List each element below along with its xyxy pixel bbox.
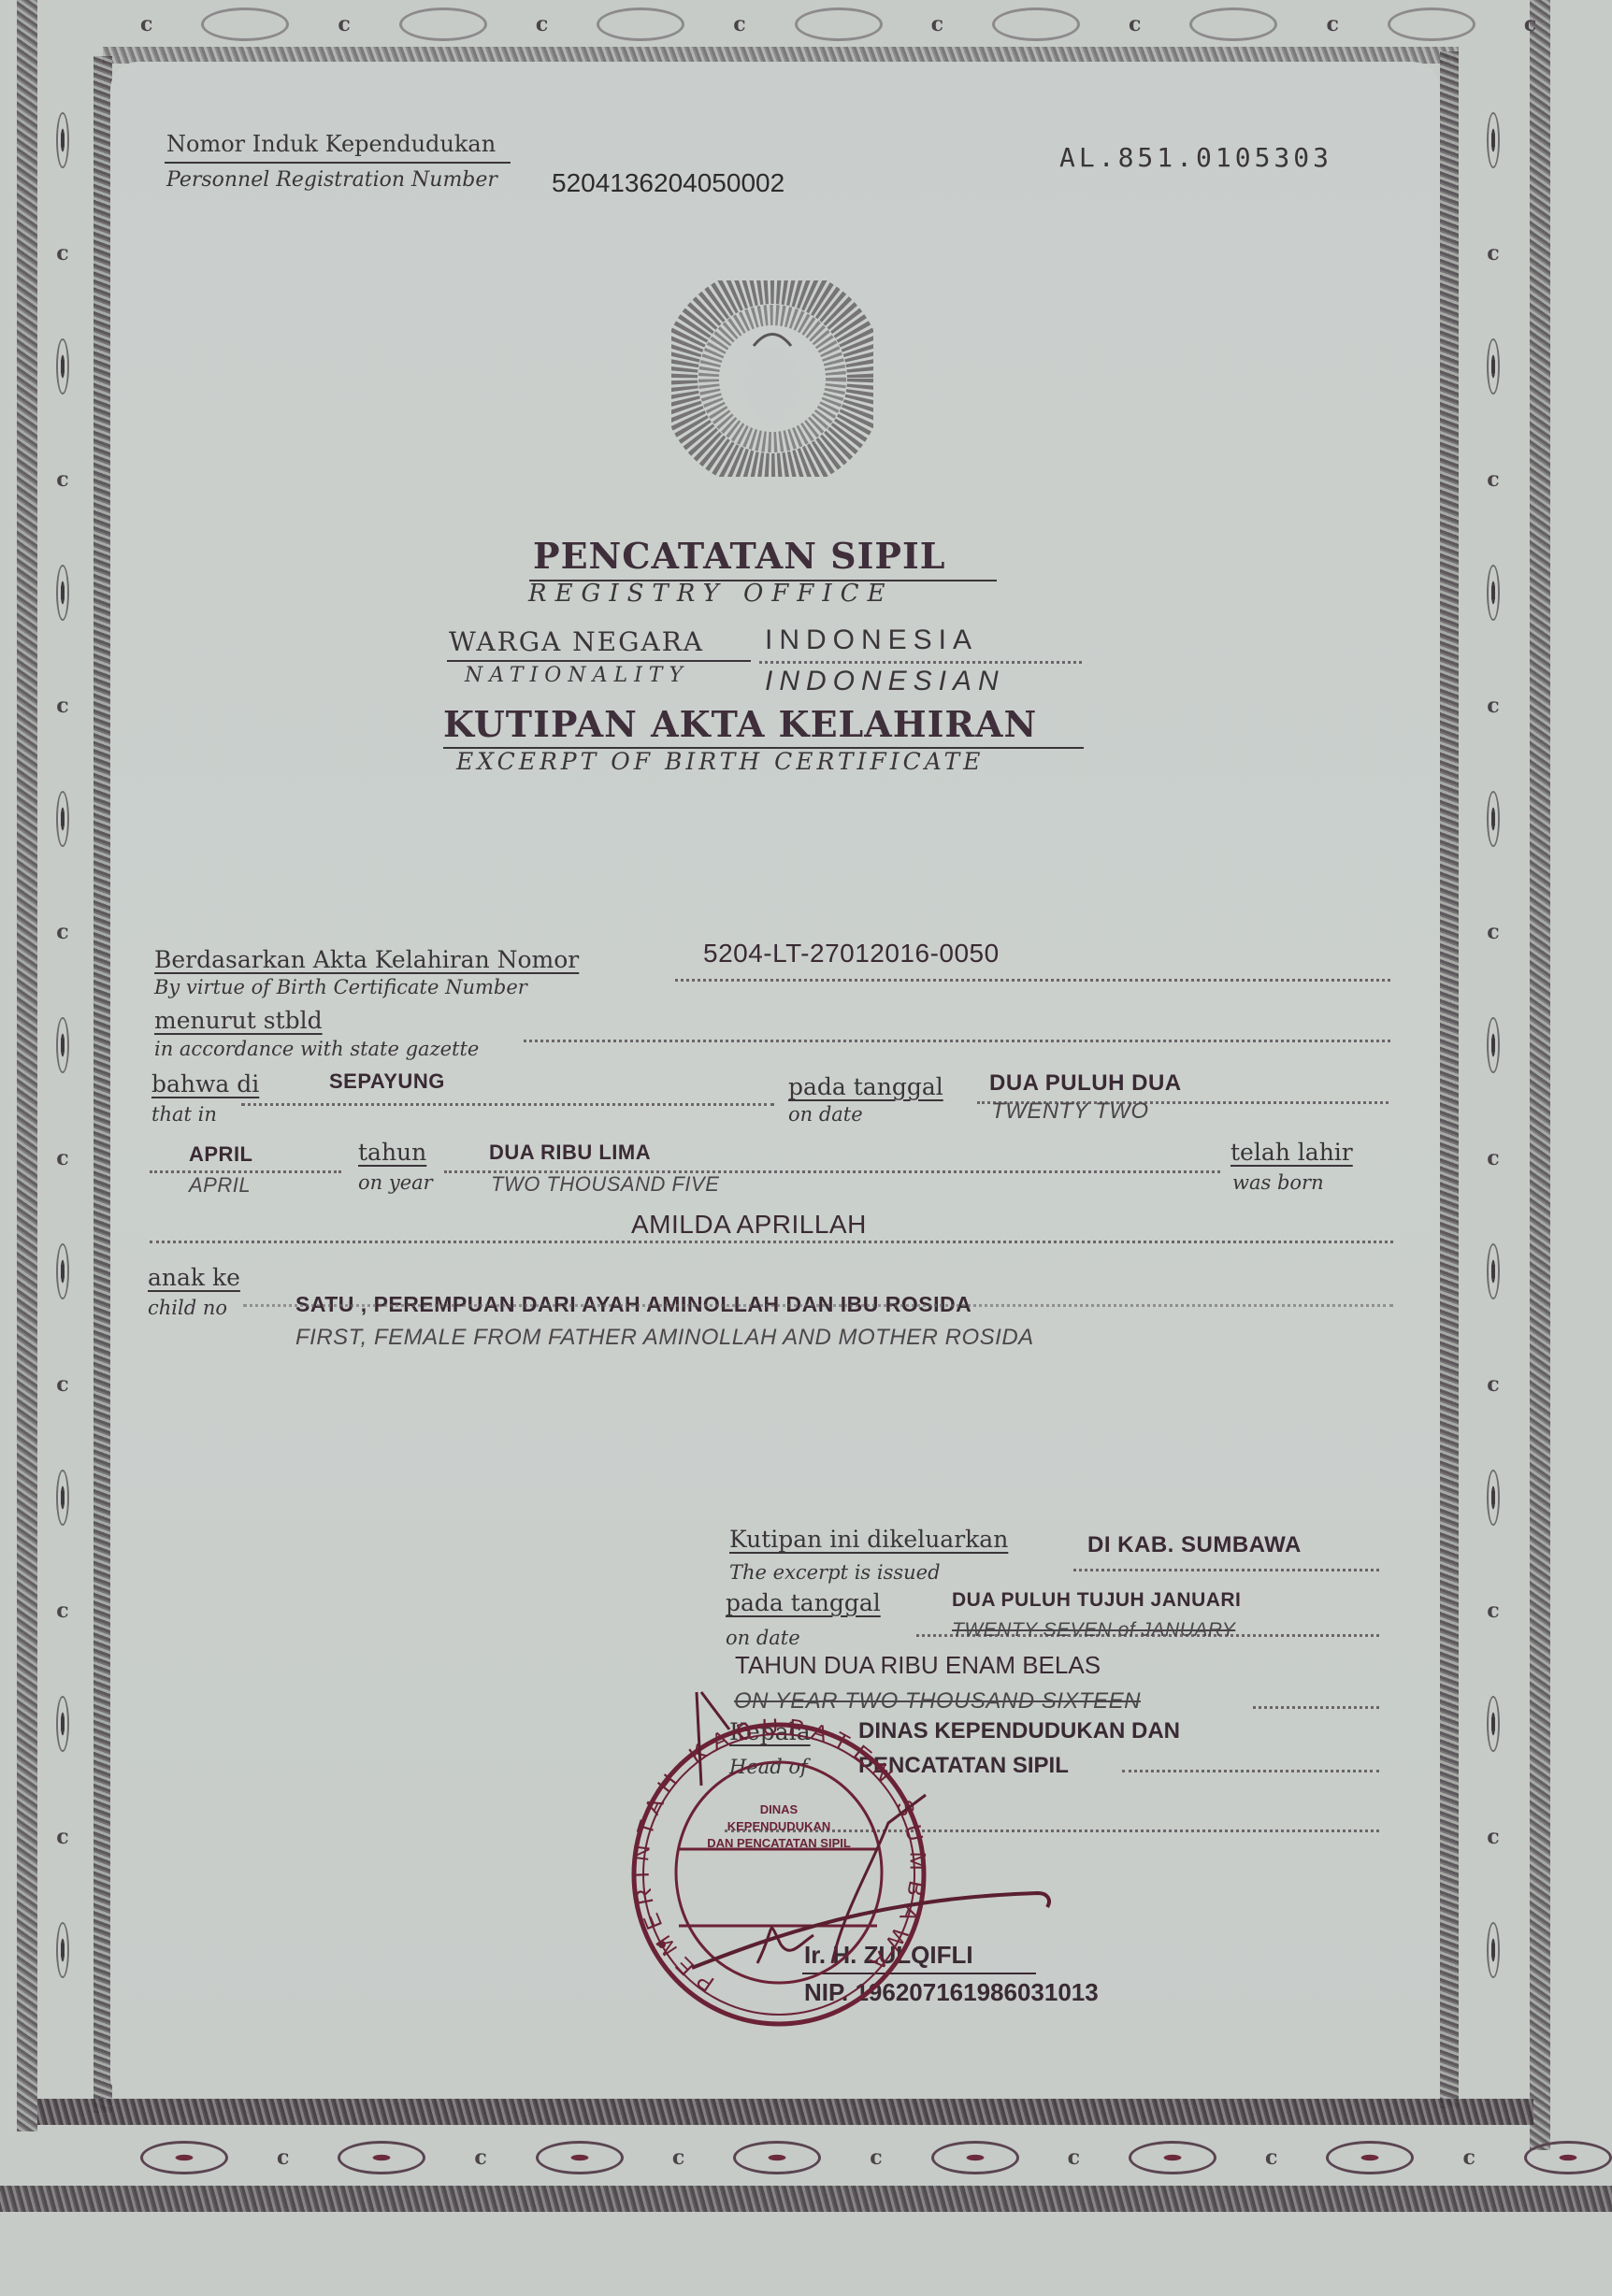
date-label-en: on date xyxy=(788,1103,863,1126)
child-no-value-en: FIRST, FEMALE FROM FATHER AMINOLLAH AND … xyxy=(295,1325,1034,1351)
issued-place-dots xyxy=(1073,1569,1379,1571)
head-office-dots xyxy=(1122,1770,1379,1772)
issue-year-value: TAHUN DUA RIBU ENAM BELAS xyxy=(735,1651,1101,1680)
inner-border-left xyxy=(94,56,112,2113)
border-ornaments-bottom: cc cc cc c xyxy=(140,2141,1612,2174)
born-label: telah lahir xyxy=(1231,1139,1353,1166)
year-value-en: TWO THOUSAND FIVE xyxy=(491,1172,719,1197)
born-label-en: was born xyxy=(1232,1171,1324,1194)
document-title-en: EXCERPT OF BIRTH CERTIFICATE xyxy=(456,748,984,775)
nationality-value-en: INDONESIAN xyxy=(765,666,1005,697)
stbld-label-en: in accordance with state gazette xyxy=(154,1038,479,1060)
serial-number: AL.851.0105303 xyxy=(1059,142,1332,173)
child-no-label: anak ke xyxy=(148,1264,240,1291)
nationality-label-rule xyxy=(447,660,751,662)
inner-border-right xyxy=(1440,51,1459,2108)
child-no-dots xyxy=(243,1304,1393,1307)
cert-no-label: Berdasarkan Akta Kelahiran Nomor xyxy=(154,946,579,973)
border-ornaments-top: c c c c c c c c xyxy=(140,7,1536,41)
cert-no-value: 5204-LT-27012016-0050 xyxy=(703,939,1000,969)
issue-date-value-en: TWENTY SEVEN of JANUARY xyxy=(952,1619,1235,1642)
nationality-value: INDONESIA xyxy=(765,624,978,656)
nik-label-en: Personnel Registration Number xyxy=(166,168,497,192)
nationality-label: WARGA NEGARA xyxy=(449,626,704,657)
issued-place: DI KAB. SUMBAWA xyxy=(1087,1532,1302,1558)
month-value-en: APRIL xyxy=(189,1173,251,1198)
date-label: pada tanggal xyxy=(788,1073,943,1100)
year-value: DUA RIBU LIMA xyxy=(489,1141,651,1165)
document-title: KUTIPAN AKTA KELAHIRAN xyxy=(443,703,1037,745)
office-title-en: REGISTRY OFFICE xyxy=(528,580,894,608)
cert-no-dots xyxy=(675,979,1390,982)
issue-date-value: DUA PULUH TUJUH JANUARI xyxy=(952,1589,1241,1612)
border-ornaments-left: cc cc cc cc xyxy=(56,112,69,1978)
office-title: PENCATATAN SIPIL xyxy=(533,535,945,577)
nationality-dots xyxy=(759,661,1082,664)
place-dots xyxy=(241,1103,774,1106)
issued-label-en: The excerpt is issued xyxy=(729,1561,941,1584)
issue-date-label: pada tanggal xyxy=(726,1589,881,1616)
outer-border-bottom xyxy=(0,2186,1612,2212)
signature-icon xyxy=(636,1683,1066,1991)
outer-border-left xyxy=(17,0,37,2131)
cert-no-label-en: By virtue of Birth Certificate Number xyxy=(154,976,527,998)
outer-border-right xyxy=(1530,0,1550,2150)
issue-year-dots xyxy=(1253,1706,1379,1709)
date-value: DUA PULUH DUA xyxy=(989,1070,1182,1097)
stbld-label: menurut stbld xyxy=(154,1007,323,1034)
nationality-label-en: NATIONALITY xyxy=(465,664,689,687)
nik-label: Nomor Induk Kependudukan xyxy=(166,131,496,157)
place-label-en: that in xyxy=(151,1103,217,1126)
border-ornaments-right: cc cc cc cc xyxy=(1487,112,1500,1978)
date-value-en: TWENTY TWO xyxy=(991,1098,1149,1125)
child-name: AMILDA APRILLAH xyxy=(631,1210,867,1240)
issued-label: Kutipan ini dikeluarkan xyxy=(729,1526,1008,1553)
year-label: tahun xyxy=(358,1139,426,1166)
place-label: bahwa di xyxy=(151,1070,259,1098)
place-value: SEPAYUNG xyxy=(329,1069,445,1094)
month-value: APRIL xyxy=(189,1142,253,1167)
stbld-dots xyxy=(524,1040,1390,1042)
nik-label-rule xyxy=(165,162,511,164)
child-no-label-en: child no xyxy=(148,1297,227,1319)
nik-value: 5204136204050002 xyxy=(552,168,784,198)
inner-border-bottom xyxy=(37,2099,1533,2125)
child-name-dots xyxy=(150,1241,1393,1243)
issue-date-label-en: on date xyxy=(726,1627,800,1649)
garuda-emblem-icon xyxy=(671,280,873,477)
year-label-en: on year xyxy=(358,1171,433,1194)
